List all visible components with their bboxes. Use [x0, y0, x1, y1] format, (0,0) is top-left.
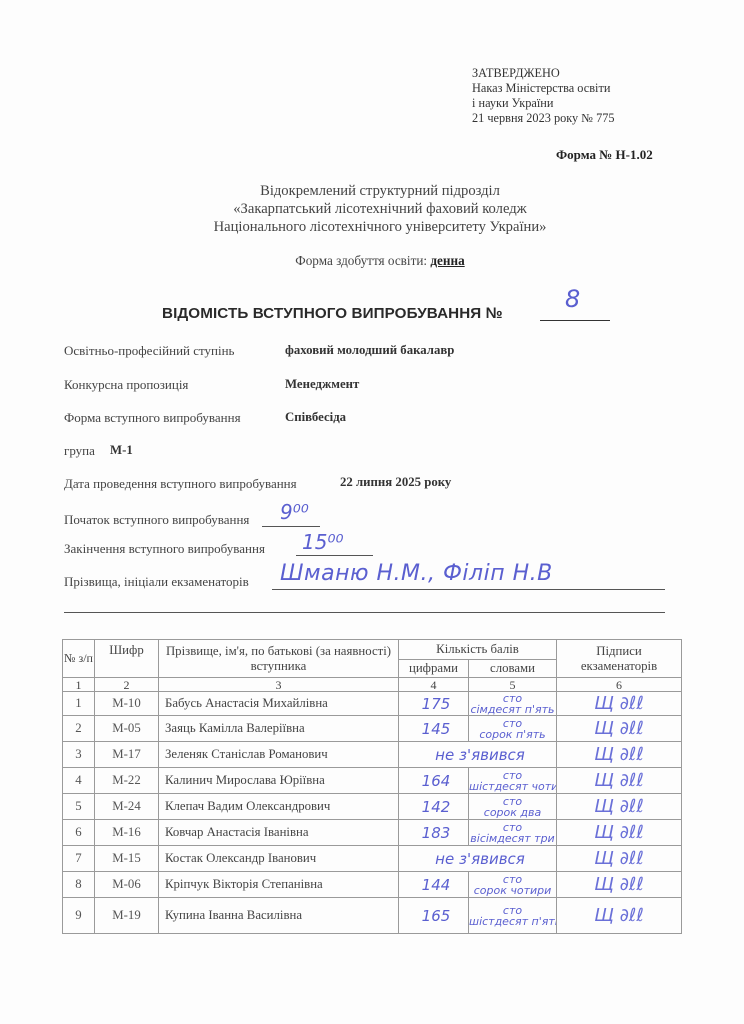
study-form-label: Форма здобуття освіти: — [295, 253, 427, 268]
row-absent-mark: не з'явився — [399, 742, 557, 768]
row-name: Кріпчук Вікторія Степанівна — [159, 872, 399, 898]
row-number: 8 — [63, 872, 95, 898]
header-score-digits: цифрами — [399, 660, 469, 678]
document-title: ВІДОМІСТЬ ВСТУПНОГО ВИПРОБУВАННЯ № — [162, 305, 503, 322]
header-score-words: словами — [469, 660, 557, 678]
competition-value: Менеджмент — [285, 377, 359, 392]
end-label: Закінчення вступного випробування — [64, 541, 265, 557]
institution-line-1: Відокремлений структурний підрозділ — [100, 182, 660, 200]
institution-line-2: «Закарпатський лісотехнічний фаховий кол… — [100, 200, 660, 218]
row-score-words-main: шістдесят п'ять — [469, 915, 557, 928]
row-examiner-signatures: Щ ∂ℓℓ — [557, 820, 682, 846]
examiners-line — [272, 589, 665, 590]
row-examiner-signatures: Щ ∂ℓℓ — [557, 898, 682, 934]
table-row: 3М-17Зеленяк Станіслав Романовичне з'яви… — [63, 742, 682, 768]
row-examiner-signatures: Щ ∂ℓℓ — [557, 768, 682, 794]
approval-line-3: і науки України — [472, 96, 615, 111]
column-number: 5 — [469, 678, 557, 692]
row-score-digits: 145 — [399, 716, 469, 742]
examiners-value: Шманю Н.М., Філіп Н.В — [280, 561, 553, 586]
title-number-handwritten: 8 — [565, 285, 580, 313]
institution-line-3: Національного лісотехнічного університет… — [100, 218, 660, 236]
row-name: Зеленяк Станіслав Романович — [159, 742, 399, 768]
row-name: Костак Олександр Іванович — [159, 846, 399, 872]
row-score-words: стошістдесят чотири — [469, 768, 557, 794]
row-name: Бабусь Анастасія Михайлівна — [159, 692, 399, 716]
row-absent-mark: не з'явився — [399, 846, 557, 872]
row-score-words: стосорок два — [469, 794, 557, 820]
row-examiner-signatures: Щ ∂ℓℓ — [557, 716, 682, 742]
start-line — [262, 526, 320, 527]
row-name: Купина Іванна Василівна — [159, 898, 399, 934]
row-number: 9 — [63, 898, 95, 934]
row-score-digits: 144 — [399, 872, 469, 898]
column-number: 4 — [399, 678, 469, 692]
row-number: 5 — [63, 794, 95, 820]
approval-line-2: Наказ Міністерства освіти — [472, 81, 615, 96]
row-score-words-main: сімдесят п'ять — [470, 703, 554, 716]
row-code: М-17 — [95, 742, 159, 768]
title-number-line — [540, 320, 610, 321]
row-number: 7 — [63, 846, 95, 872]
row-code: М-16 — [95, 820, 159, 846]
header-num: № з/п — [63, 640, 95, 678]
institution-name: Відокремлений структурний підрозділ «Зак… — [100, 182, 660, 236]
column-number: 3 — [159, 678, 399, 692]
date-value: 22 липня 2025 року — [340, 475, 451, 490]
column-number: 6 — [557, 678, 682, 692]
row-score-words-main: сорок п'ять — [479, 728, 545, 741]
exam-form-label: Форма вступного випробування — [64, 410, 241, 426]
table-row: 2М-05Заяць Камілла Валеріївна145стосорок… — [63, 716, 682, 742]
row-examiner-signatures: Щ ∂ℓℓ — [557, 872, 682, 898]
table-row: 9М-19Купина Іванна Василівна165стошістде… — [63, 898, 682, 934]
row-name: Калинич Мирослава Юріївна — [159, 768, 399, 794]
table-row: 1М-10Бабусь Анастасія Михайлівна175стосі… — [63, 692, 682, 716]
column-number-row: 1 2 3 4 5 6 — [63, 678, 682, 692]
row-name: Ковчар Анастасія Іванівна — [159, 820, 399, 846]
row-number: 1 — [63, 692, 95, 716]
header-score: Кількість балів — [399, 640, 557, 660]
row-code: М-19 — [95, 898, 159, 934]
row-score-digits: 164 — [399, 768, 469, 794]
header-name: Прізвище, ім'я, по батькові (за наявност… — [159, 640, 399, 678]
table-row: 8М-06Кріпчук Вікторія Степанівна144стосо… — [63, 872, 682, 898]
start-label: Початок вступного випробування — [64, 512, 249, 528]
end-value: 15⁰⁰ — [302, 530, 343, 554]
row-score-words-main: сорок чотири — [474, 884, 552, 897]
row-number: 2 — [63, 716, 95, 742]
study-form: Форма здобуття освіти: денна — [100, 253, 660, 269]
degree-label: Освітньо-професійний ступінь — [64, 343, 234, 359]
form-number: Форма № Н-1.02 — [556, 147, 653, 163]
table-row: 4М-22Калинич Мирослава Юріївна164стошіст… — [63, 768, 682, 794]
row-score-words-main: сорок два — [484, 806, 541, 819]
table-row: 7М-15Костак Олександр Івановичне з'явивс… — [63, 846, 682, 872]
row-code: М-15 — [95, 846, 159, 872]
row-score-digits: 175 — [399, 692, 469, 716]
row-number: 6 — [63, 820, 95, 846]
exam-form-value: Співбесіда — [285, 410, 346, 425]
row-code: М-10 — [95, 692, 159, 716]
group-label: група — [64, 443, 95, 459]
date-label: Дата проведення вступного випробування — [64, 476, 297, 492]
study-form-value: денна — [430, 253, 464, 268]
row-score-words: стосорок п'ять — [469, 716, 557, 742]
approval-line-4: 21 червня 2023 року № 775 — [472, 111, 615, 126]
examiners-label: Прізвища, ініціали екзаменаторів — [64, 574, 249, 590]
row-code: М-05 — [95, 716, 159, 742]
competition-label: Конкурсна пропозиція — [64, 377, 188, 393]
row-code: М-24 — [95, 794, 159, 820]
row-examiner-signatures: Щ ∂ℓℓ — [557, 742, 682, 768]
row-score-words-main: вісімдесят три — [470, 832, 554, 845]
header-signatures: Підписи екзаменаторів — [557, 640, 682, 678]
table-row: 5М-24Клепач Вадим Олександрович142стосор… — [63, 794, 682, 820]
row-name: Заяць Камілла Валеріївна — [159, 716, 399, 742]
row-code: М-06 — [95, 872, 159, 898]
row-score-words: стосорок чотири — [469, 872, 557, 898]
examiners-line-2 — [64, 612, 665, 613]
group-value: М-1 — [110, 443, 133, 458]
header-code: Шифр — [95, 640, 159, 678]
row-examiner-signatures: Щ ∂ℓℓ — [557, 846, 682, 872]
table-row: 6М-16Ковчар Анастасія Іванівна183стовісі… — [63, 820, 682, 846]
row-code: М-22 — [95, 768, 159, 794]
row-score-digits: 142 — [399, 794, 469, 820]
row-score-words: стосімдесят п'ять — [469, 692, 557, 716]
row-score-words: стовісімдесят три — [469, 820, 557, 846]
row-score-digits: 183 — [399, 820, 469, 846]
degree-value: фаховий молодший бакалавр — [285, 343, 454, 358]
results-table: № з/п Шифр Прізвище, ім'я, по батькові (… — [62, 639, 682, 934]
end-line — [296, 555, 373, 556]
row-score-words-main: шістдесят чотири — [469, 780, 557, 793]
approval-line-1: ЗАТВЕРДЖЕНО — [472, 66, 615, 81]
row-score-words: стошістдесят п'ять — [469, 898, 557, 934]
start-value: 9⁰⁰ — [280, 500, 309, 524]
row-examiner-signatures: Щ ∂ℓℓ — [557, 692, 682, 716]
row-examiner-signatures: Щ ∂ℓℓ — [557, 794, 682, 820]
approval-stamp: ЗАТВЕРДЖЕНО Наказ Міністерства освіти і … — [472, 66, 615, 126]
column-number: 2 — [95, 678, 159, 692]
row-score-digits: 165 — [399, 898, 469, 934]
row-name: Клепач Вадим Олександрович — [159, 794, 399, 820]
column-number: 1 — [63, 678, 95, 692]
row-number: 3 — [63, 742, 95, 768]
row-number: 4 — [63, 768, 95, 794]
